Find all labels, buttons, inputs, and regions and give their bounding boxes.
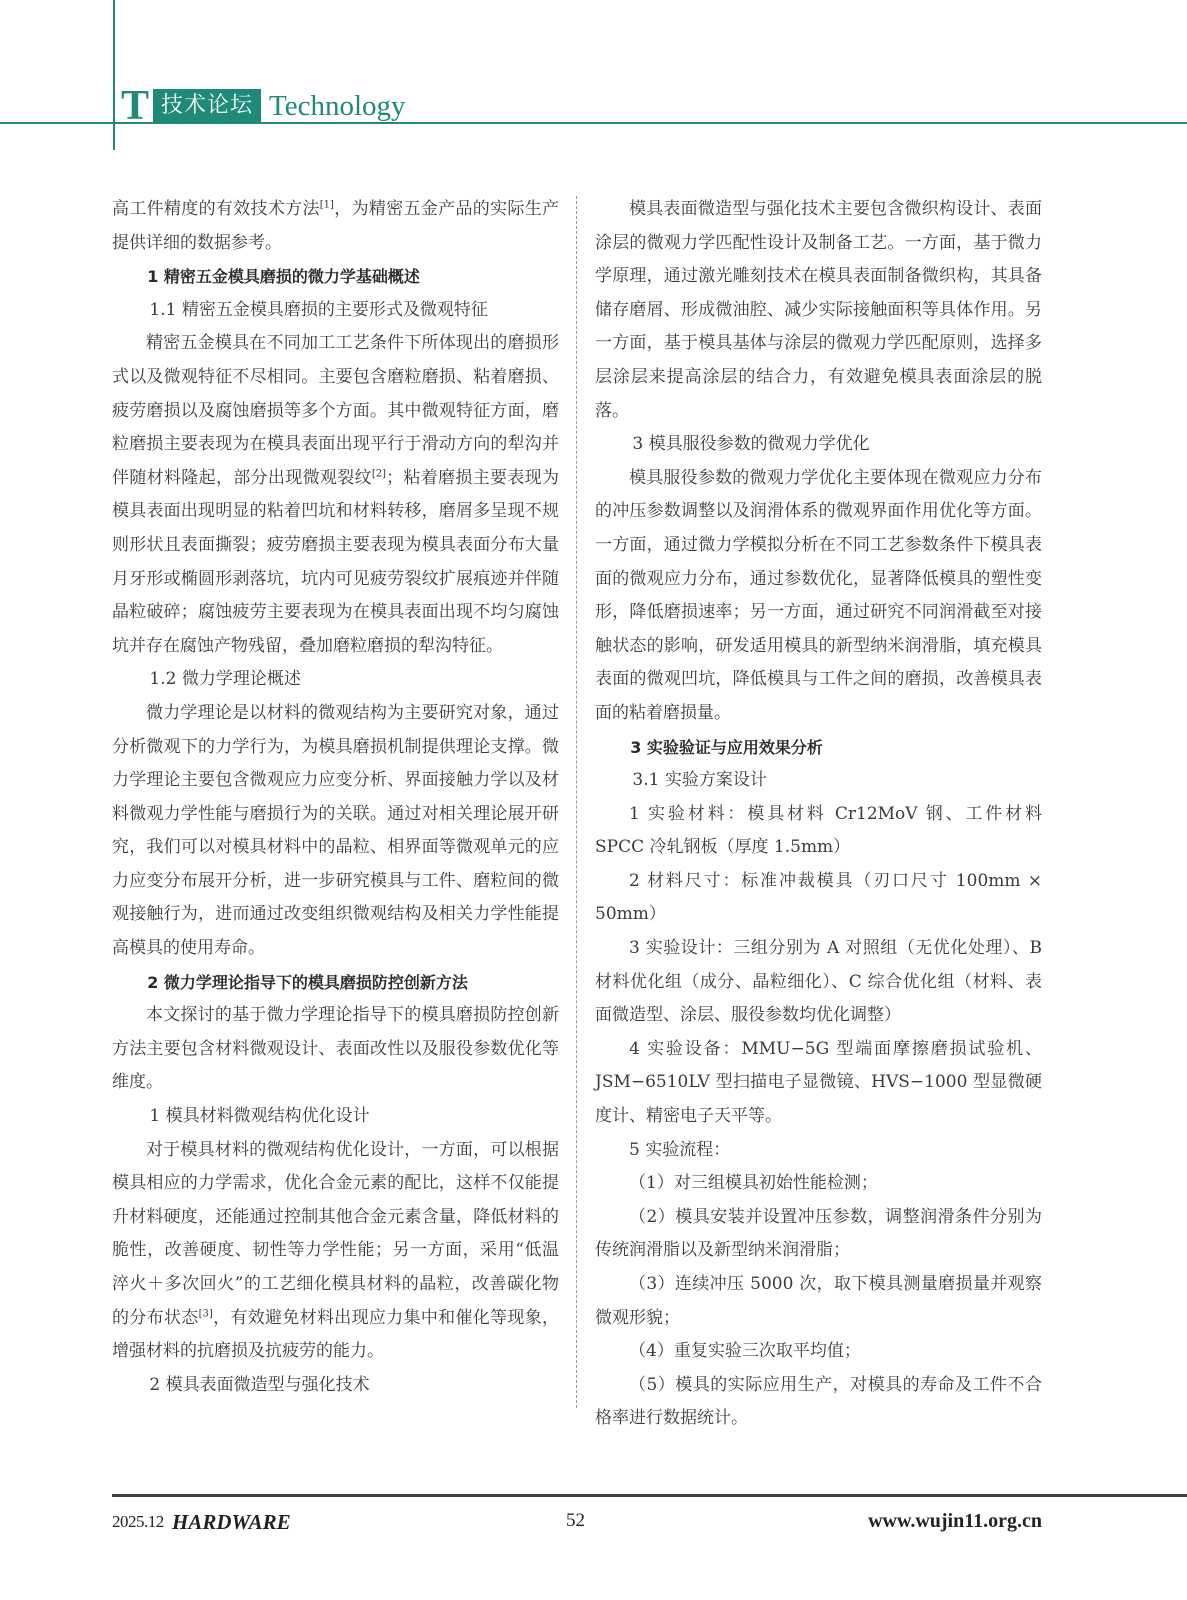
subsection-heading: 3.1 实验方案设计 [595,764,1042,798]
list-item-design: 3 实验设计：三组分别为 A 对照组（无优化处理）、B 材料优化组（成分、晶粒细… [595,932,1042,1033]
procedure-step: （3）连续冲压 5000 次，取下模具测量磨损量并观察微观形貌； [595,1268,1042,1335]
procedure-step: （1）对三组模具初始性能检测； [595,1167,1042,1201]
subsection-heading: 1.1 精密五金模具磨损的主要形式及微观特征 [112,294,559,328]
website-url: www.wujin11.org.cn [868,1510,1042,1533]
footer-rule [112,1494,1187,1497]
magazine-brand: HARDWARE [172,1510,291,1535]
procedure-step: （2）模具安装并设置冲压参数，调整润滑条件分别为传统润滑脂以及新型纳米润滑脂； [595,1201,1042,1268]
subsection-heading: 1 模具材料微观结构优化设计 [112,1100,559,1134]
section-heading: 3 实验验证与应用效果分析 [595,731,1042,765]
subsection-heading: 3 模具服役参数的微观力学优化 [595,428,1042,462]
paragraph: 精密五金模具在不同加工工艺条件下所体现出的磨损形式以及微观特征不尽相同。主要包含… [112,327,559,663]
procedure-step: （4）重复实验三次取平均值； [595,1335,1042,1369]
list-item-equipment: 4 实验设备：MMU−5G 型端面摩擦磨损试验机、JSM−6510LV 型扫描电… [595,1033,1042,1134]
citation-ref: [1] [320,199,334,210]
right-column: 模具表面微造型与强化技术主要包含微织构设计、表面涂层的微观力学匹配性设计及制备工… [595,193,1042,1436]
procedure-step: （5）模具的实际应用生产，对模具的寿命及工件不合格率进行数据统计。 [595,1369,1042,1436]
subsection-heading: 1.2 微力学理论概述 [112,663,559,697]
issue-date: 2025.12 [112,1512,164,1532]
paragraph: 模具表面微造型与强化技术主要包含微织构设计、表面涂层的微观力学匹配性设计及制备工… [595,193,1042,428]
paragraph: 模具服役参数的微观力学优化主要体现在微观应力分布的冲压参数调整以及润滑体系的微观… [595,462,1042,731]
column-divider [576,196,577,1408]
section-heading: 1 精密五金模具磨损的微力学基础概述 [112,260,559,294]
subsection-heading: 2 模具表面微造型与强化技术 [112,1369,559,1403]
page-footer: 2025.12 HARDWARE 52 www.wujin11.org.cn [112,1512,1042,1542]
paragraph: 高工件精度的有效技术方法[1]，为精密五金产品的实际生产提供详细的数据参考。 [112,193,559,260]
section-header: T 技术论坛 Technology [121,89,406,123]
paragraph: 本文探讨的基于微力学理论指导下的模具磨损防控创新方法主要包含材料微观设计、表面改… [112,999,559,1100]
section-heading: 2 微力学理论指导下的模具磨损防控创新方法 [112,966,559,1000]
section-title-en: Technology [269,89,406,123]
section-logo-letter: T [121,89,151,123]
paragraph: 微力学理论是以材料的微观结构为主要研究对象，通过分析微观下的力学行为，为模具磨损… [112,697,559,966]
citation-ref: [2] [372,468,386,479]
paragraph: 对于模具材料的微观结构优化设计，一方面，可以根据模具相应的力学需求，优化合金元素… [112,1134,559,1369]
list-item-procedure: 5 实验流程： [595,1134,1042,1168]
citation-ref: [3] [199,1308,213,1319]
list-item-materials: 1 实验材料：模具材料 Cr12MoV 钢、工件材料 SPCC 冷轧钢板（厚度 … [595,798,1042,865]
left-column: 高工件精度的有效技术方法[1]，为精密五金产品的实际生产提供详细的数据参考。 1… [112,193,559,1402]
page-number: 52 [566,1510,585,1532]
header-vertical-rule [113,0,115,150]
section-title-cn: 技术论坛 [153,89,261,123]
list-item-dimensions: 2 材料尺寸：标准冲裁模具（刃口尺寸 100mm × 50mm） [595,865,1042,932]
